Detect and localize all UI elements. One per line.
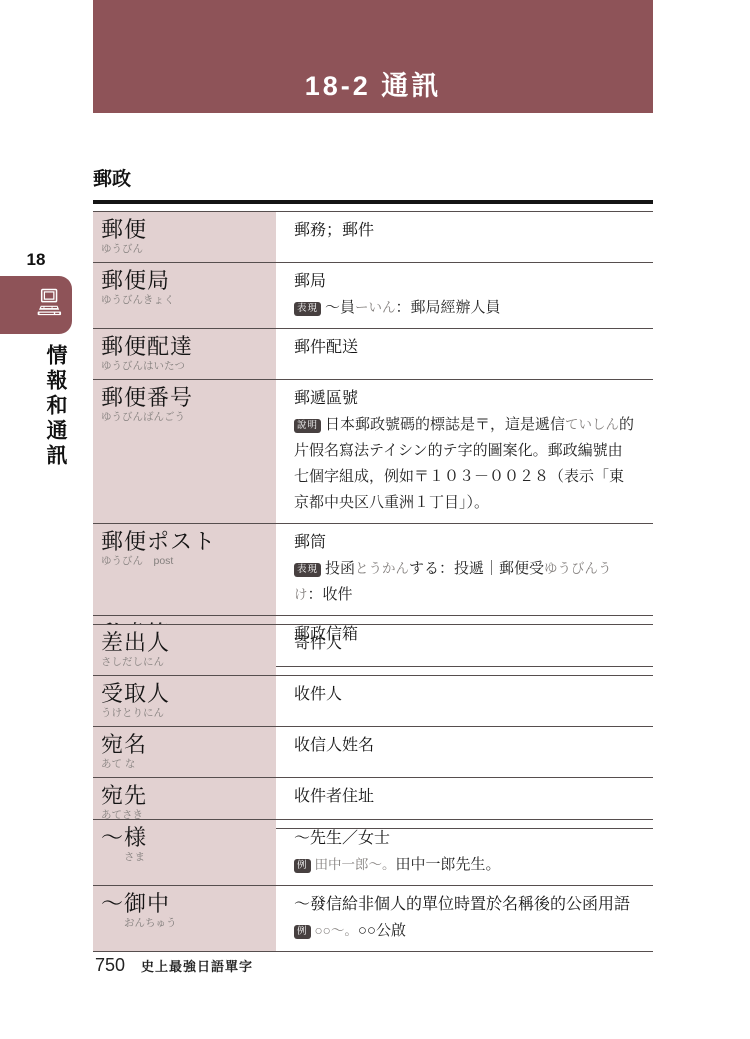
headword-cell: ～御中 おんちゅう [93,886,276,951]
headword-furigana: ゆうびんきょく [101,294,270,307]
usage-note: 例田中一郎～。田中一郎先生。 [294,852,636,878]
headword-japanese: 郵便ポスト [101,529,270,555]
reading-text: ○○～。 [315,923,358,938]
vocab-table-honorifics: ～様 さま ～先生／女士 例田中一郎～。田中一郎先生。 ～御中 おんちゅう ～發… [93,819,653,952]
vocab-row: ～御中 おんちゅう ～發信給非個人的單位時置於名稱後的公函用語 例○○～。○○公… [93,886,653,952]
vocab-row: 郵便 ゆうびん 郵務；郵件 [93,212,653,263]
headword-furigana: ゆうびんはいたつ [101,360,270,373]
usage-note: 說明日本郵政號碼的標誌是〒，這是遞信ていしん的片假名寫法テイシン的テ字的圖案化。… [294,412,636,516]
book-title: 史上最強日語單字 [141,956,253,975]
meaning-chinese: 收件人 [294,684,636,705]
meaning-cell: 郵遞區號 說明日本郵政號碼的標誌是〒，這是遞信ていしん的片假名寫法テイシン的テ字… [276,380,653,523]
meaning-cell: ～先生／女士 例田中一郎～。田中一郎先生。 [276,820,653,885]
meaning-cell: ～發信給非個人的單位時置於名稱後的公函用語 例○○～。○○公啟 [276,886,653,951]
vocab-row: 受取人 うけとりにん 收件人 [93,676,653,727]
headword-cell: 差出人 さしだしにん [93,625,276,675]
headword-furigana: ゆうびんばんごう [101,411,270,424]
section-title: 郵政 [93,164,653,204]
meaning-chinese: 收信人姓名 [294,735,636,756]
vocab-table-mail-roles: 差出人 さしだしにん 寄件人 受取人 うけとりにん 收件人 宛名 あて な 收信… [93,624,653,829]
note-type-badge: 例 [294,925,311,939]
chapter-banner: 18-2 通訊 [93,0,653,113]
headword-japanese: 郵便配達 [101,334,270,360]
meaning-cell: 收信人姓名 [276,727,653,777]
note-type-badge: 表現 [294,302,321,316]
note-type-badge: 例 [294,859,311,873]
headword-japanese: 郵便 [101,217,270,243]
vocab-row: ～様 さま ～先生／女士 例田中一郎～。田中一郎先生。 [93,820,653,886]
vocab-row: 郵便番号 ゆうびんばんごう 郵遞區號 說明日本郵政號碼的標誌是〒，這是遞信ていし… [93,380,653,524]
vocab-row: 郵便配達 ゆうびんはいたつ 郵件配送 [93,329,653,380]
computer-icon [30,288,66,323]
note-text: 日本郵政號碼的標誌是〒，這是遞信 [325,416,565,433]
meaning-chinese: 收件者住址 [294,786,636,807]
vocab-table-postal: 郵便 ゆうびん 郵務；郵件 郵便局 ゆうびんきょく 郵局 表現～員ーいん：郵局經… [93,211,653,667]
reading-text: ーいん [355,300,396,315]
headword-japanese: ～御中 [101,891,270,917]
headword-furigana: さま [124,851,270,864]
page-footer: 750 史上最強日語單字 [95,955,253,976]
meaning-chinese: ～先生／女士 [294,828,636,849]
meaning-chinese: ～發信給非個人的單位時置於名稱後的公函用語 [294,894,636,915]
headword-furigana: うけとりにん [101,707,270,720]
headword-furigana: ゆうびん [101,243,270,256]
headword-cell: 郵便 ゆうびん [93,212,276,262]
headword-cell: 受取人 うけとりにん [93,676,276,726]
vocab-row: 郵便局 ゆうびんきょく 郵局 表現～員ーいん：郵局經辦人員 [93,263,653,329]
meaning-cell: 郵筒 表現投函とうかんする：投遞｜郵便受ゆうびんうけ：收件 [276,524,653,615]
headword-japanese: 宛先 [101,783,270,809]
meaning-cell: 郵務；郵件 [276,212,653,262]
headword-furigana: おんちゅう [124,917,270,930]
headword-japanese: 郵便局 [101,268,270,294]
meaning-cell: 寄件人 [276,625,653,675]
headword-furigana: さしだしにん [101,656,270,669]
meaning-cell: 收件人 [276,676,653,726]
reading-text: 田中一郎～。 [315,857,396,872]
meaning-chinese: 寄件人 [294,633,636,654]
note-text: ：收件 [308,586,353,603]
meaning-chinese: 郵筒 [294,532,636,553]
reading-text: とうかん [355,561,409,576]
note-type-badge: 表現 [294,563,321,577]
headword-cell: 郵便ポスト ゆうびん post [93,524,276,615]
vocab-row: 差出人 さしだしにん 寄件人 [93,625,653,676]
meaning-cell: 郵件配送 [276,329,653,379]
headword-japanese: 宛名 [101,732,270,758]
meaning-chinese: 郵遞區號 [294,388,636,409]
note-text: 田中一郎先生。 [396,856,501,873]
meaning-cell: 郵局 表現～員ーいん：郵局經辦人員 [276,263,653,328]
note-type-badge: 說明 [294,419,321,433]
headword-cell: 宛名 あて な [93,727,276,777]
headword-japanese: 差出人 [101,630,270,656]
headword-cell: 郵便番号 ゆうびんばんごう [93,380,276,523]
headword-japanese: 受取人 [101,681,270,707]
headword-japanese: 郵便番号 [101,385,270,411]
chapter-number: 18 [0,250,72,270]
note-text: ：郵局經辦人員 [396,299,501,316]
reading-text: ていしん [565,417,619,432]
note-text: する：投遞｜郵便受 [409,560,544,577]
meaning-chinese: 郵局 [294,271,636,292]
note-text: 投函 [325,560,355,577]
headword-cell: 郵便配達 ゆうびんはいたつ [93,329,276,379]
chapter-banner-title: 18-2 通訊 [305,64,442,103]
headword-cell: 郵便局 ゆうびんきょく [93,263,276,328]
vocab-row: 郵便ポスト ゆうびん post 郵筒 表現投函とうかんする：投遞｜郵便受ゆうびん… [93,524,653,616]
page-number: 750 [95,955,125,976]
usage-note: 表現～員ーいん：郵局經辦人員 [294,295,636,321]
usage-note: 表現投函とうかんする：投遞｜郵便受ゆうびんうけ：收件 [294,556,636,608]
headword-furigana: ゆうびん post [101,555,270,568]
meaning-chinese: 郵務；郵件 [294,220,636,241]
headword-cell: ～様 さま [93,820,276,885]
chapter-title-vertical: 情報和通訊 [40,344,70,469]
usage-note: 例○○～。○○公啟 [294,918,636,944]
note-text: ～員 [325,299,355,316]
headword-japanese: ～様 [101,825,270,851]
note-text: ○○公啟 [358,922,406,939]
vocab-row: 宛名 あて な 收信人姓名 [93,727,653,778]
headword-furigana: あて な [101,758,270,771]
meaning-chinese: 郵件配送 [294,337,636,358]
chapter-tab [0,276,72,334]
